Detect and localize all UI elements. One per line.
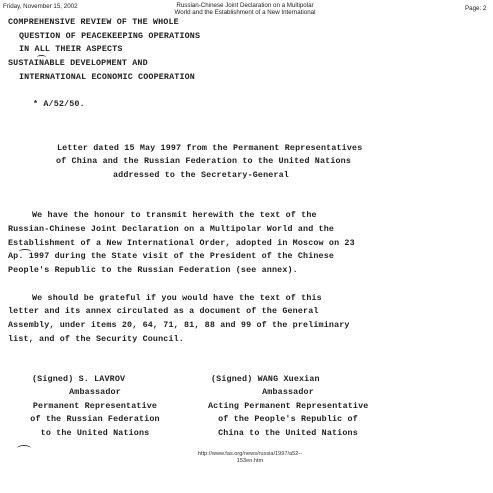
header-title-line-1: Russian-Chinese Joint Declaration on a M…: [160, 2, 330, 9]
signature-right-org-2: China to the United Nations: [208, 428, 368, 438]
scan-artifact-mark: [17, 445, 31, 452]
agenda-item-1: COMPREHENSIVE REVIEW OF THE WHOLE: [8, 17, 179, 27]
paragraph-2-line-1: We should be grateful if you would have …: [32, 293, 322, 303]
signature-left-org: of the Russian Federation: [20, 414, 170, 424]
page-number: Page: 2: [465, 5, 486, 12]
scan-artifact-mark: [37, 55, 46, 59]
letter-title-line-1: Letter dated 15 May 1997 from the Perman…: [57, 143, 362, 153]
paragraph-1-line-2: Russian-Chinese Joint Declaration on a M…: [8, 224, 334, 234]
print-date: Friday, November 15, 2002: [3, 3, 78, 10]
agenda-item-2: QUESTION OF PEACEKEEPING OPERATIONS: [19, 31, 200, 41]
signature-right-org: of the People's Republic of: [208, 414, 368, 424]
paragraph-1-line-4: Ap. 1997 during the State visit of the P…: [8, 251, 334, 261]
paragraph-1-line-3: Establishment of a New International Ord…: [8, 238, 355, 248]
agenda-item-4: SUSTAINABLE DEVELOPMENT AND: [8, 58, 148, 68]
header-title-line-2: World and the Establishment of a New Int…: [160, 9, 330, 16]
scan-artifact-mark: [19, 249, 31, 254]
paragraph-2-line-2: letter and its annex circulated as a doc…: [8, 306, 319, 316]
source-url: http://www.fas.org/news/russia/1997/a52-…: [160, 451, 340, 465]
signature-left-title: Ambassador: [20, 387, 170, 397]
signature-right-name: (Signed) WANG Xuexian: [211, 374, 320, 384]
letter-title-line-2: of China and the Russian Federation to t…: [56, 156, 351, 166]
source-url-line-2: 153en.htm: [160, 458, 340, 465]
agenda-item-5: INTERNATIONAL ECONOMIC COOPERATION: [19, 72, 195, 82]
paragraph-1-line-5: People's Republic to the Russian Federat…: [8, 265, 298, 275]
footnote: * A/52/50.: [33, 99, 85, 109]
paragraph-2-line-3: Assembly, under items 20, 64, 71, 81, 88…: [8, 320, 350, 330]
agenda-item-3: IN ALL THEIR ASPECTS: [19, 44, 123, 54]
document-title-header: Russian-Chinese Joint Declaration on a M…: [160, 2, 330, 16]
paragraph-1-line-1: We have the honour to transmit herewith …: [32, 210, 317, 220]
signature-left-role: Permanent Representative: [20, 401, 170, 411]
signature-left-org-2: to the United Nations: [20, 428, 170, 438]
paragraph-2-line-4: list, and of the Security Council.: [8, 334, 184, 344]
source-url-line-1: http://www.fas.org/news/russia/1997/a52-…: [160, 451, 340, 458]
signature-right-role: Acting Permanent Representative: [208, 401, 368, 411]
letter-title-line-3: addressed to the Secretary-General: [113, 170, 289, 180]
signature-right-title: Ambassador: [208, 387, 368, 397]
signature-left-name: (Signed) S. LAVROV: [32, 374, 125, 384]
